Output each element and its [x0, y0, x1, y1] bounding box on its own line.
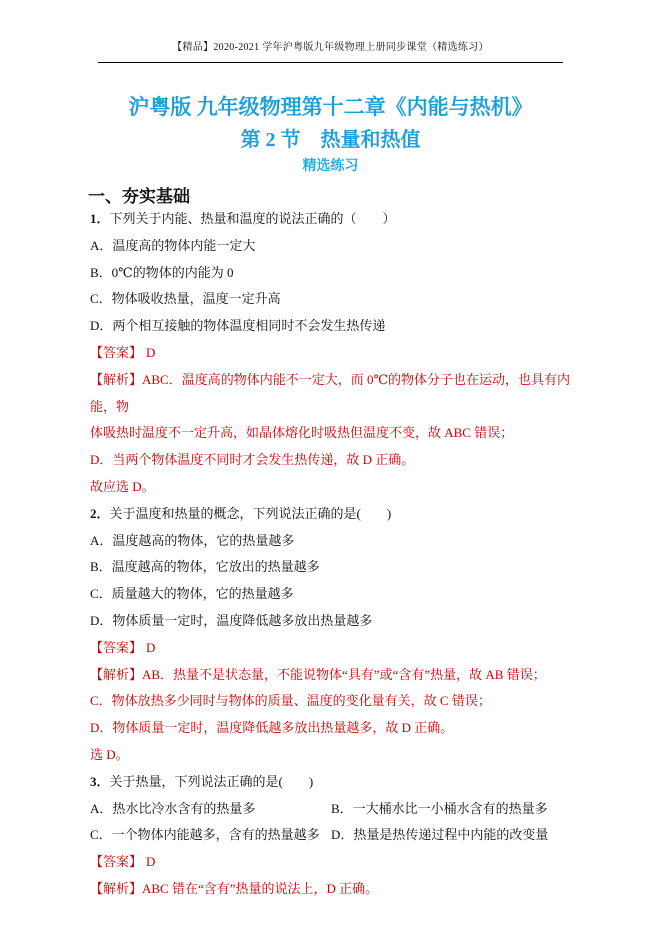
document-title-line2: 第 2 节 热量和热值 — [0, 123, 661, 152]
question-3-option-a: A．热水比冷水含有的热量多 — [90, 796, 331, 823]
document-subtitle: 精选练习 — [0, 155, 661, 175]
question-3-stem: 3．关于热量，下列说法正确的是( ) — [90, 769, 574, 796]
document-title-line1: 沪粤版 九年级物理第十二章《内能与热机》 — [0, 91, 661, 121]
question-1-answer-line: 【答案】D — [90, 340, 574, 367]
question-3-options-row-1: A．热水比冷水含有的热量多B．一大桶水比一小桶水含有的热量多 — [90, 796, 574, 823]
question-3-number: 3． — [90, 774, 110, 789]
answer-label: 【答案】 — [90, 854, 142, 869]
question-2-option-d: D．物体质量一定时，温度降低越多放出热量越多 — [90, 608, 574, 635]
question-2-analysis-line-2: C．物体放热多少同时与物体的质量、温度的变化量有关，故 C 错误； — [90, 688, 574, 715]
document-body: 1．下列关于内能、热量和温度的说法正确的（ ） A．温度高的物体内能一定大 B．… — [90, 206, 574, 903]
question-3-stem-text: 关于热量，下列说法正确的是( ) — [110, 774, 314, 789]
question-1-option-c: C．物体吸收热量，温度一定升高 — [90, 286, 574, 313]
question-2-number: 2． — [90, 506, 110, 521]
answer-value: D — [146, 854, 155, 869]
question-2-answer-line: 【答案】D — [90, 635, 574, 662]
question-1-option-d: D．两个相互接触的物体温度相同时不会发生热传递 — [90, 313, 574, 340]
answer-label: 【答案】 — [90, 345, 142, 360]
question-3-options-row-2: C．一个物体内能越多，含有的热量越多D．热量是热传递过程中内能的改变量 — [90, 822, 574, 849]
question-1-analysis-line-4: 故应选 D。 — [90, 474, 574, 501]
answer-label: 【答案】 — [90, 640, 142, 655]
answer-value: D — [146, 345, 155, 360]
section-heading: 一、夯实基础 — [88, 182, 190, 207]
question-2-stem: 2．关于温度和热量的概念，下列说法正确的是( ) — [90, 501, 574, 528]
header-rule — [98, 48, 563, 63]
question-1-stem: 1．下列关于内能、热量和温度的说法正确的（ ） — [90, 206, 574, 233]
question-1-option-a: A．温度高的物体内能一定大 — [90, 233, 574, 260]
question-2-analysis-line-4: 选 D。 — [90, 742, 574, 769]
question-1-analysis-line-3: D．当两个物体温度不同时才会发生热传递，故 D 正确。 — [90, 447, 574, 474]
question-3-option-d: D．热量是热传递过程中内能的改变量 — [331, 827, 548, 842]
question-2-stem-text: 关于温度和热量的概念，下列说法正确的是( ) — [110, 506, 392, 521]
question-3-analysis-line-1: 【解析】ABC 错在“含有”热量的说法上，D 正确。 — [90, 876, 574, 903]
document-page: 【精品】2020-2021 学年沪粤版九年级物理上册同步课堂（精选练习） 沪粤版… — [0, 0, 661, 935]
question-3-option-c: C．一个物体内能越多，含有的热量越多 — [90, 822, 331, 849]
question-2-option-a: A．温度越高的物体，它的热量越多 — [90, 528, 574, 555]
question-2-analysis-line-3: D．物体质量一定时，温度降低越多放出热量越多，故 D 正确。 — [90, 715, 574, 742]
question-2-option-b: B．温度越高的物体，它放出的热量越多 — [90, 554, 574, 581]
question-3-option-b: B．一大桶水比一小桶水含有的热量多 — [331, 801, 548, 816]
question-1-analysis-line-2: 体吸热时温度不一定升高，如晶体熔化时吸热但温度不变，故 ABC 错误； — [90, 420, 574, 447]
question-2-analysis-line-1: 【解析】AB．热量不是状态量，不能说物体“具有”或“含有”热量，故 AB 错误； — [90, 662, 574, 689]
question-1-number: 1． — [90, 211, 110, 226]
question-1-analysis-line-1: 【解析】ABC．温度高的物体内能不一定大，而 0℃的物体分子也在运动，也具有内能… — [90, 367, 574, 421]
question-1-option-b: B．0℃的物体的内能为 0 — [90, 260, 574, 287]
answer-value: D — [146, 640, 155, 655]
question-2-option-c: C．质量越大的物体，它的热量越多 — [90, 581, 574, 608]
question-1-stem-text: 下列关于内能、热量和温度的说法正确的（ ） — [110, 211, 396, 226]
question-3-answer-line: 【答案】D — [90, 849, 574, 876]
